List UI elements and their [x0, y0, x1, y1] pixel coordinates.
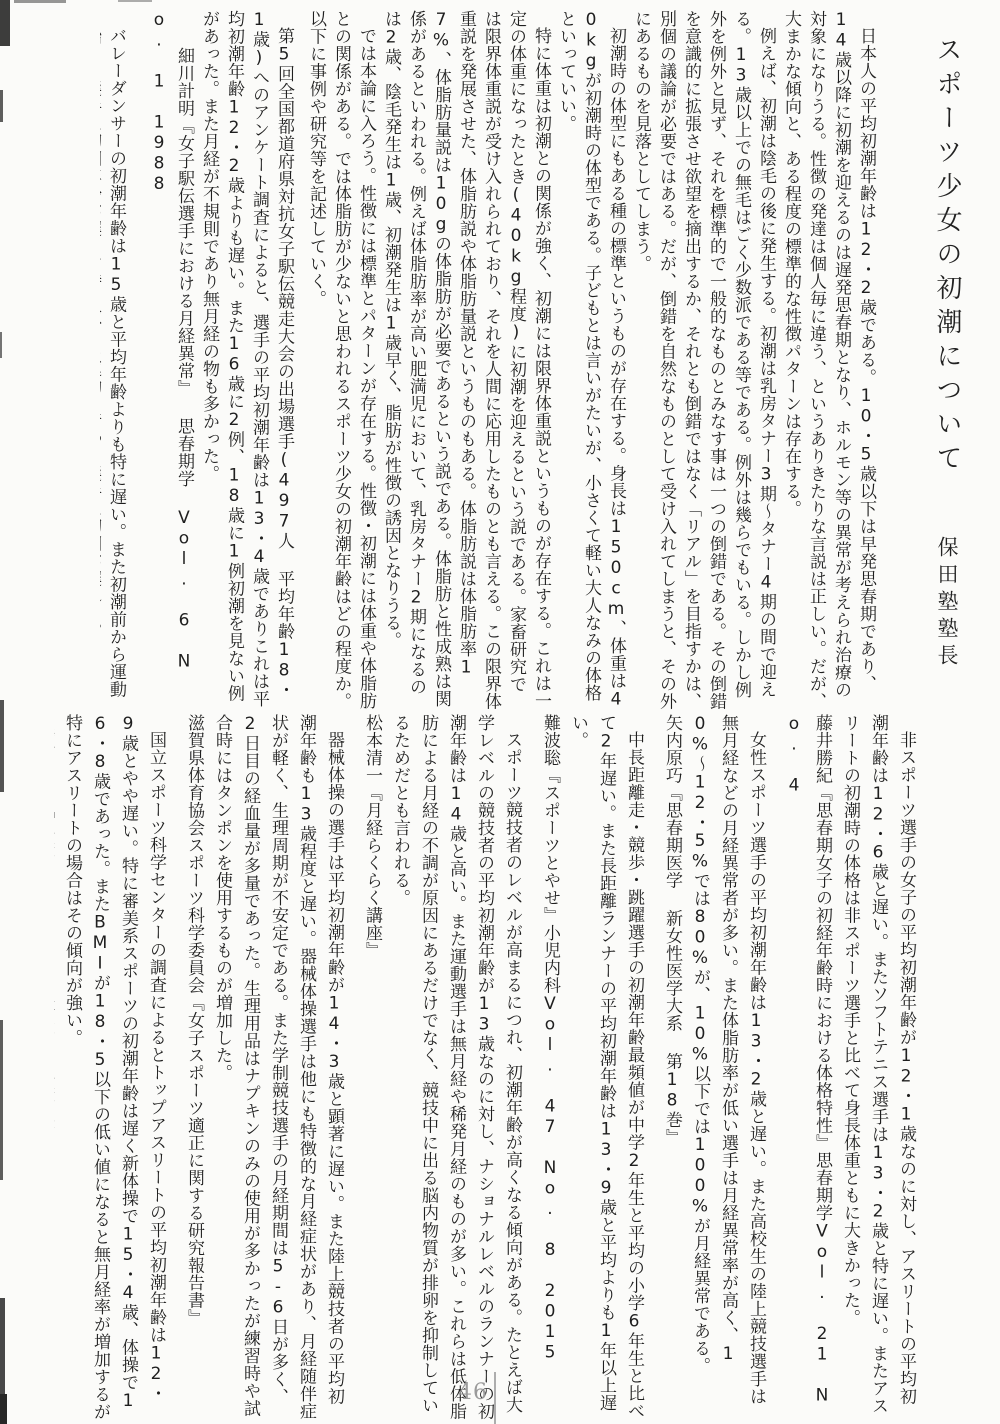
paragraph: 初潮時の体型にもある種の標準というものが存在する。身長は150cm、体重は40k…: [553, 10, 628, 710]
scan-artifact: [0, 332, 2, 358]
upper-text-block: 日本人の平均初潮年齢は12・2歳である。10・5歳以下は早発思春期であり、14歳…: [100, 10, 878, 710]
paragraph: 日本人の平均初潮年齢は12・2歳である。10・5歳以下は早発思春期であり、14歳…: [778, 10, 878, 710]
paragraph: 中長距離走・競歩・跳躍選手の初潮年齢最頻値が中学2年生と平均の小学6年生と比べて…: [564, 714, 648, 1422]
title-block: スポーツ少女の初潮について保田塾塾長: [929, 36, 966, 1376]
citation: 難波聡『スポーツとやせ』小児内科Vol. 47 No. 8 2015: [536, 714, 564, 1422]
paragraph: では本論に入ろう。性徴には標準とパターンが存在する。性徴・初潮には体重や体脂肪と…: [303, 10, 378, 710]
scan-artifact: [118, 0, 152, 2]
citation: 松本清一『月経らくらく講座』: [358, 714, 386, 1422]
citation: 能瀬さやか『思春期アスリートの月経異常』思春期学Vol. 34 No. 1: [54, 714, 58, 1422]
page-crease-line: [494, 1372, 496, 1424]
citation: 矢内原巧『思春期医学 新女性医学大系 第18巻』: [658, 714, 686, 1422]
scan-artifact: [0, 1394, 7, 1424]
paragraph: 第5回全国都道府県対抗女子駅伝競走大会の出場選手(497人 平均年齢18・1歳)…: [196, 10, 296, 710]
paragraph: 国立スポーツ科学センターの調査によるとトップアスリートの平均初潮年齢は12・9歳…: [58, 714, 170, 1422]
citation: 細川計明『女子駅伝選手における月経異常』 思春期学 Vol. 6 No. 1 1…: [146, 10, 196, 710]
scan-artifact: [0, 0, 10, 46]
lower-text-block: 非スポーツ選手の女子の平均初潮年齢が12・1歳なのに対し、アスリートの平均初潮年…: [54, 714, 920, 1422]
paragraph: 例えば、初潮は陰毛の後に発生する。初潮は乳房タナー3期〜タナー4期の間で迎える。…: [628, 10, 778, 710]
scan-artifact: [0, 700, 4, 792]
paragraph: 非スポーツ選手の女子の平均初潮年齢が12・1歳なのに対し、アスリートの平均初潮年…: [836, 714, 920, 1422]
paragraph: 器械体操の選手は平均初潮年齢が14・3歳と顕著に遅い。また陸上競技者の平均初潮年…: [208, 714, 348, 1422]
author-name: 保田塾塾長: [932, 536, 962, 671]
scanned-document-page: スポーツ少女の初潮について保田塾塾長 日本人の平均初潮年齢は12・2歳である。1…: [0, 0, 1000, 1424]
citation: 藤井勝紀『思春期女子の初経年齢時における体格特性』思春期学Vol. 21 No.…: [780, 714, 836, 1422]
page-title: スポーツ少女の初潮について: [932, 36, 962, 478]
page-number: 46: [458, 1380, 488, 1405]
scan-artifact: [14, 0, 66, 3]
citation: 滋賀県体育協会スポーツ科学委員会『女子スポーツ適正に関する研究報告書』: [180, 714, 208, 1422]
paragraph: 女性スポーツ選手の平均初潮年齢は13・2歳と遅い。また高校生の陸上競技選手は無月…: [686, 714, 770, 1422]
paragraph: バレーダンサーの初潮年齢は15歳と平均年齢よりも特に遅い。また初潮前から運動を始…: [100, 10, 128, 710]
paragraph: 特に体重は初潮との関係が強く、初潮には限界体重説というものが存在する。これは一定…: [378, 10, 553, 710]
scan-artifact: [0, 1298, 5, 1394]
scan-artifact: [0, 1020, 3, 1180]
scan-artifact: [0, 90, 3, 122]
paragraph: スポーツ競技者のレベルが高まるにつれ、初潮年齢が高くなる傾向がある。たとえば大学…: [386, 714, 526, 1422]
